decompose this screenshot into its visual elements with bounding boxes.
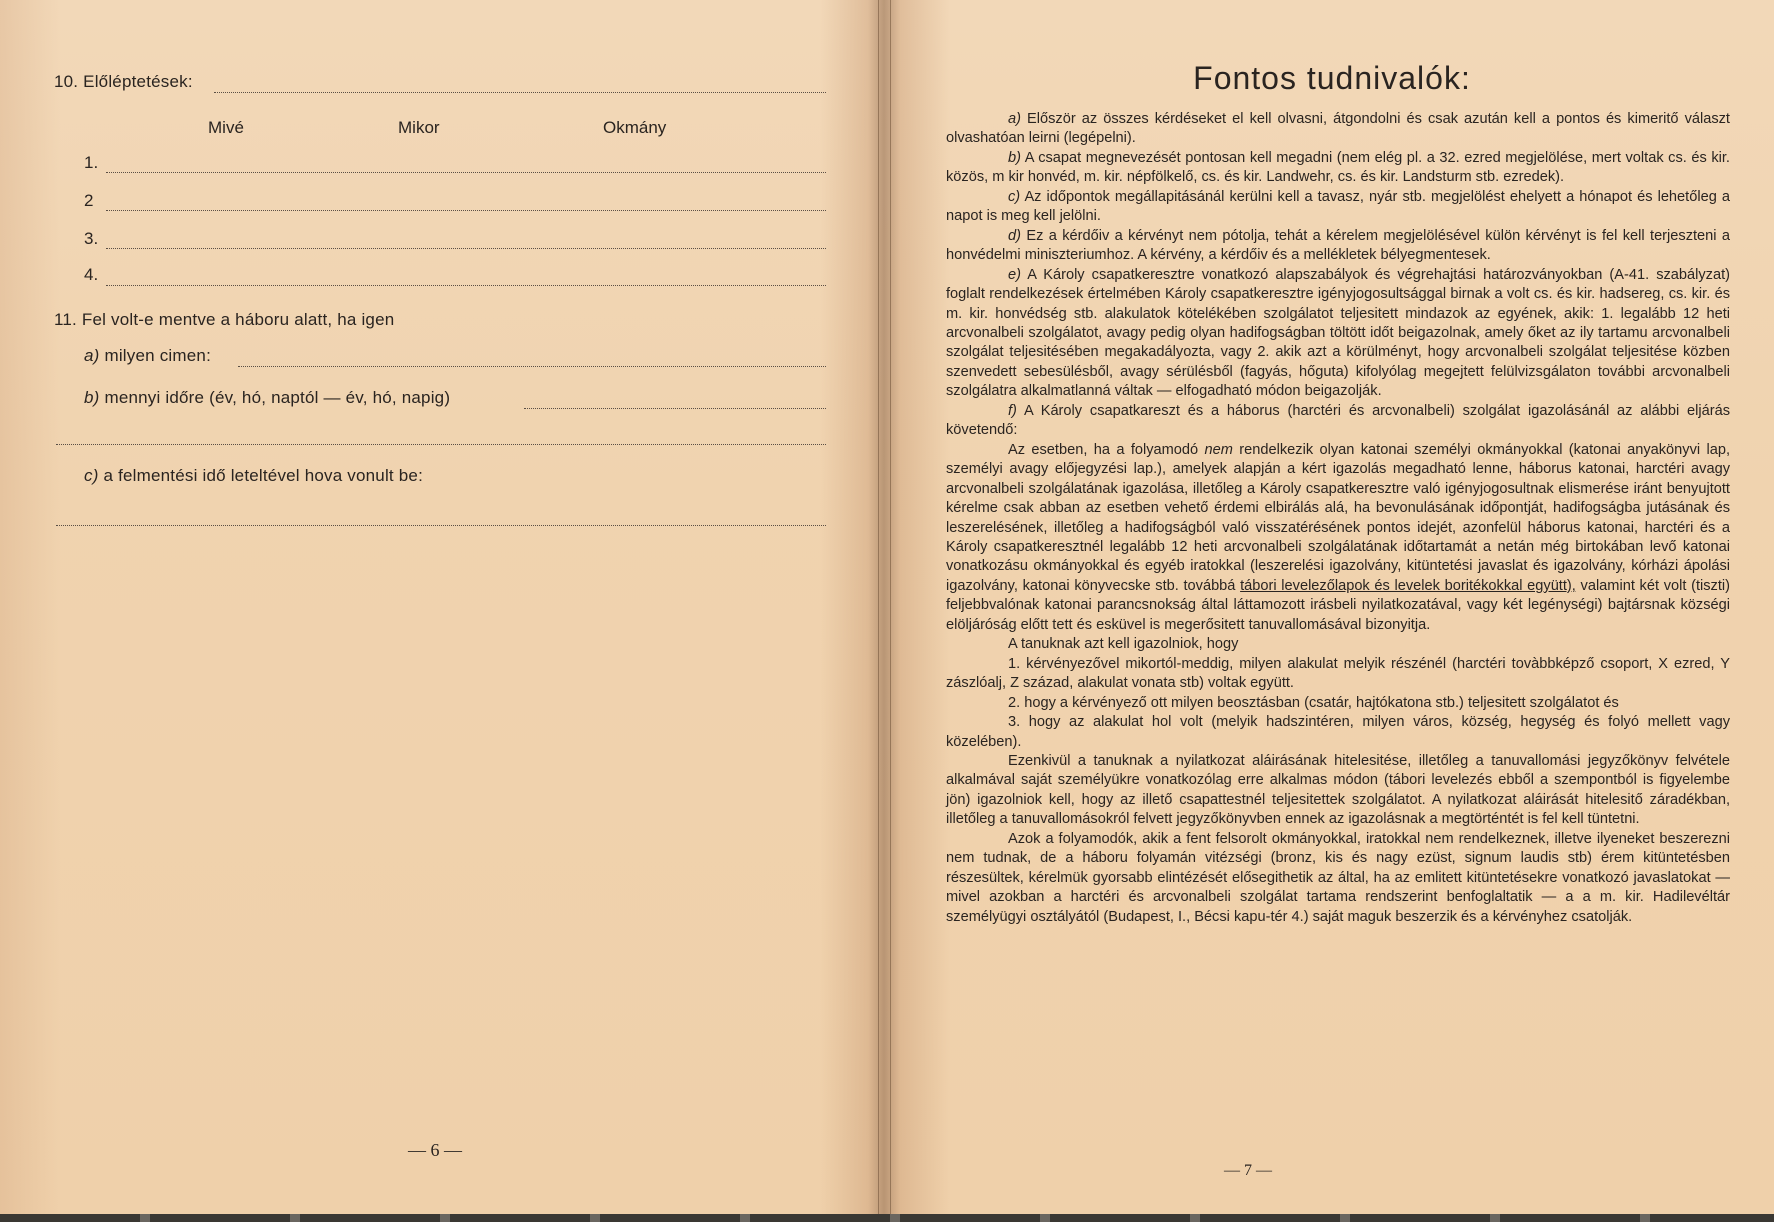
row-3-line[interactable] bbox=[106, 248, 826, 249]
paragraph-e: e) A Károly csapatkeresztre vonatkozó al… bbox=[946, 266, 1730, 402]
marker-e: e) bbox=[1008, 267, 1021, 283]
column-okmany: Okmány bbox=[603, 118, 666, 138]
paragraph-d: d) Ez a kérdőiv a kérvényt nem pótolja, … bbox=[946, 227, 1730, 266]
page-title: Fontos tudnivalók: bbox=[890, 60, 1774, 97]
paragraph-a: a) Először az összes kérdéseket el kell … bbox=[946, 110, 1730, 149]
additional-paragraph: Ezenkivül a tanuknak a nyilatkozat aláir… bbox=[946, 752, 1730, 830]
marker-a: a) bbox=[1008, 111, 1021, 127]
column-mive: Mivé bbox=[208, 118, 244, 138]
final-paragraph: Azok a folyamodók, akik a fent felsorolt… bbox=[946, 830, 1730, 927]
page-bottom-edge bbox=[0, 1214, 1774, 1222]
witness-item-2: 2. hogy a kérvényező ott milyen beosztás… bbox=[946, 694, 1730, 713]
marker-c: c) bbox=[1008, 189, 1020, 205]
q11a-text: milyen cimen: bbox=[104, 346, 211, 365]
text-a: Először az összes kérdéseket el kell olv… bbox=[946, 111, 1730, 146]
text-c: Az időpontok megállapitásánál kerülni ke… bbox=[946, 189, 1730, 224]
marker-f: f) bbox=[1008, 403, 1017, 419]
row-2-label: 2 bbox=[84, 191, 93, 211]
page-number-right: — 7 — bbox=[1224, 1162, 1272, 1180]
q11a-answer-line[interactable] bbox=[238, 366, 826, 367]
row-1-line[interactable] bbox=[106, 172, 826, 173]
procedure-part2: rendelkezik olyan katonai személyi okmán… bbox=[946, 442, 1730, 594]
row-4-line[interactable] bbox=[106, 285, 826, 286]
row-2-line[interactable] bbox=[106, 210, 826, 211]
procedure-underlined: tábori levelezőlapok és levelek boritéko… bbox=[1240, 578, 1576, 594]
q11c-marker: c) bbox=[84, 466, 99, 485]
procedure-part1: Az esetben, ha a folyamodó bbox=[1008, 442, 1198, 458]
text-d: Ez a kérdőiv a kérvényt nem pótolja, teh… bbox=[946, 228, 1730, 263]
q11b-answer-line[interactable] bbox=[524, 408, 826, 409]
right-page: Fontos tudnivalók: a) Először az összes … bbox=[890, 0, 1774, 1214]
column-mikor: Mikor bbox=[398, 118, 440, 138]
q11c-text: a felmentési idő leteltével hova vonult … bbox=[104, 466, 424, 485]
paragraph-f: f) A Károly csapatkareszt és a háborus (… bbox=[946, 402, 1730, 441]
marker-b: b) bbox=[1008, 150, 1021, 166]
row-1-label: 1. bbox=[84, 153, 98, 173]
witness-intro: A tanuknak azt kell igazolniok, hogy bbox=[946, 635, 1730, 654]
witness-item-3: 3. hogy az alakulat hol volt (melyik had… bbox=[946, 713, 1730, 752]
left-page: 10. Előléptetések: Mivé Mikor Okmány 1. … bbox=[0, 0, 880, 1214]
procedure-emphasis: nem bbox=[1205, 442, 1233, 458]
procedure-paragraph: Az esetben, ha a folyamodó nem rendelkez… bbox=[946, 441, 1730, 636]
q11b: b) mennyi időre (év, hó, naptól — év, hó… bbox=[84, 388, 450, 408]
row-3-label: 3. bbox=[84, 229, 98, 249]
instructions-body: a) Először az összes kérdéseket el kell … bbox=[946, 110, 1730, 927]
paragraph-b: b) A csapat megnevezését pontosan kell m… bbox=[946, 149, 1730, 188]
row-4-label: 4. bbox=[84, 265, 98, 285]
paragraph-c: c) Az időpontok megállapitásánál kerülni… bbox=[946, 188, 1730, 227]
q11a: a) milyen cimen: bbox=[84, 346, 211, 366]
q11c-answer-line[interactable] bbox=[56, 525, 826, 526]
text-b: A csapat megnevezését pontosan kell mega… bbox=[946, 150, 1730, 185]
q11c: c) a felmentési idő leteltével hova vonu… bbox=[84, 466, 423, 486]
page-number-left: — 6 — bbox=[408, 1140, 462, 1161]
q10-label: 10. Előléptetések: bbox=[54, 72, 193, 92]
booklet-spread: 10. Előléptetések: Mivé Mikor Okmány 1. … bbox=[0, 0, 1774, 1222]
q11b-marker: b) bbox=[84, 388, 100, 407]
q10-answer-line[interactable] bbox=[214, 92, 826, 93]
text-f: A Károly csapatkareszt és a háborus (har… bbox=[946, 403, 1730, 438]
witness-item-1: 1. kérvényezővel mikortól-meddig, milyen… bbox=[946, 655, 1730, 694]
q11b-answer-line-2[interactable] bbox=[56, 444, 826, 445]
marker-d: d) bbox=[1008, 228, 1021, 244]
q11b-text: mennyi időre (év, hó, naptól — év, hó, n… bbox=[104, 388, 450, 407]
text-e: A Károly csapatkeresztre vonatkozó alaps… bbox=[946, 267, 1730, 400]
q11a-marker: a) bbox=[84, 346, 100, 365]
q11-label: 11. Fel volt-e mentve a háboru alatt, ha… bbox=[54, 310, 394, 330]
